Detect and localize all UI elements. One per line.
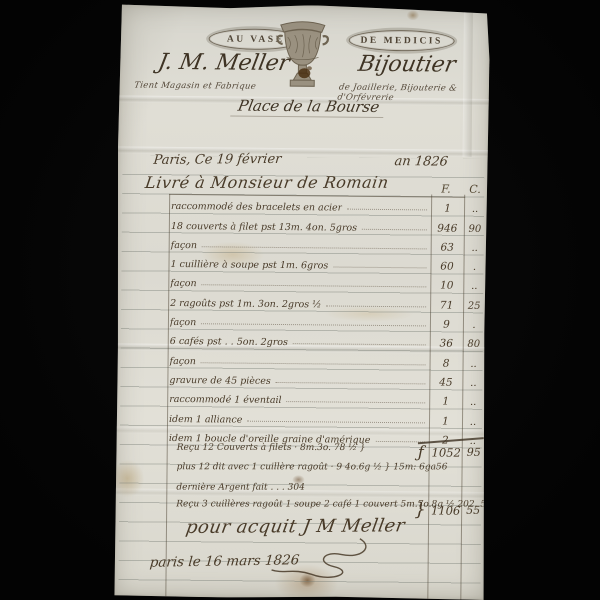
row-francs: 10 (430, 280, 463, 292)
row-centimes: 80 (463, 339, 485, 350)
row-francs: 71 (430, 299, 463, 311)
final-total-francs: 1106 (429, 503, 462, 517)
dotted-leader (362, 228, 427, 230)
row-francs: 1 (429, 415, 462, 427)
row-centimes: . (463, 320, 485, 331)
final-total-brace: } (411, 499, 429, 520)
dotted-leader (347, 209, 427, 211)
row-centimes: 90 (464, 223, 486, 234)
row-centimes: . (463, 262, 485, 273)
row-description: façon (171, 240, 197, 251)
dotted-leader (247, 420, 425, 423)
row-description: 2 ragoûts pst 1m. 3on. 2gros ½ (170, 298, 321, 310)
row-francs: 946 (431, 222, 464, 234)
total-centimes: 95 (463, 446, 485, 459)
row-centimes: .. (463, 281, 485, 292)
row-description: raccommodé 1 éventail (169, 394, 281, 406)
row-description: idem 1 alliance (169, 414, 242, 426)
recipient-line: Livré à Monsieur de Romain (144, 173, 390, 192)
receipt-note: plus 12 dit avec 1 cuillère ragoût · 9 4… (177, 462, 448, 472)
row-centimes: .. (462, 397, 484, 408)
photo-background: AU VASE DE MEDICIS (0, 0, 600, 600)
dateline-place: Paris, Ce 19 février (153, 152, 282, 168)
row-centimes: .. (462, 416, 484, 427)
row-description: façon (170, 317, 196, 328)
row-centimes: .. (462, 378, 484, 389)
paper-fold (463, 7, 473, 157)
final-total-row: } 1106 55 (411, 499, 484, 521)
signature-line: pour acquit J M Meller (184, 515, 406, 538)
column-header-centimes: C. (469, 183, 481, 196)
row-description: 6 cafés pst . . 5on. 2gros (170, 336, 288, 348)
dateline-year: an 1826 (394, 154, 449, 169)
trade-title: Bijoutier (356, 52, 458, 78)
stain (407, 10, 419, 20)
row-francs: 36 (430, 338, 463, 350)
row-description: façon (170, 356, 196, 367)
row-francs: 63 (431, 241, 464, 253)
row-description: 1 cuillière à soupe pst 1m. 6gros (170, 259, 328, 272)
receipt-note: dernière Argent fait . . . 304 (176, 483, 304, 493)
row-description: 18 couverts à filet pst 13m. 4on. 5gros (171, 221, 357, 234)
row-francs: 8 (430, 357, 463, 369)
dotted-leader (333, 267, 426, 269)
row-francs: 60 (430, 261, 463, 273)
footer-date: paris le 16 mars 1826 (149, 552, 300, 571)
bill-rows: raccommodé des bracelets en acier1.. 18 … (169, 195, 486, 449)
dotted-leader (293, 343, 426, 345)
row-description: raccommodé des bracelets en acier (171, 201, 342, 214)
row-francs: 45 (429, 376, 462, 388)
total-francs: 1052 (430, 445, 463, 459)
invoice-paper: AU VASE DE MEDICIS (113, 3, 490, 600)
row-description: gravure de 45 pièces (169, 375, 270, 387)
total-prefix: ƒ (412, 442, 430, 461)
badge-right-label: DE MEDICIS (360, 35, 442, 46)
dotted-leader (276, 382, 426, 384)
dotted-leader (202, 246, 427, 249)
dotted-leader (201, 323, 426, 326)
grand-total-row: ƒ 1052 95 (412, 442, 485, 462)
row-description: façon (170, 278, 196, 289)
final-total-centimes: 55 (462, 504, 484, 517)
proprietor-name: J. M. Meller (156, 50, 291, 76)
row-francs: 1 (429, 396, 462, 408)
row-centimes: 25 (463, 301, 485, 312)
row-francs: 1 (431, 203, 464, 215)
row-centimes: .. (463, 358, 485, 369)
dotted-leader (326, 305, 426, 307)
column-header-francs: F. (441, 183, 451, 196)
stain (110, 459, 144, 497)
dotted-leader (202, 285, 427, 288)
row-francs: 9 (430, 319, 463, 331)
dotted-leader (287, 401, 426, 403)
dotted-leader (201, 362, 426, 365)
receipt-note: Reçu 12 Couverts à filets · 8m.3o. 78 ½ … (177, 443, 366, 453)
subtitle-left: Tient Magasin et Fabrique (133, 81, 256, 92)
row-centimes: .. (464, 204, 486, 215)
address-line: Place de la Bourse (230, 97, 387, 118)
badge-de-medicis: DE MEDICIS (349, 30, 455, 52)
row-centimes: .. (464, 243, 486, 254)
